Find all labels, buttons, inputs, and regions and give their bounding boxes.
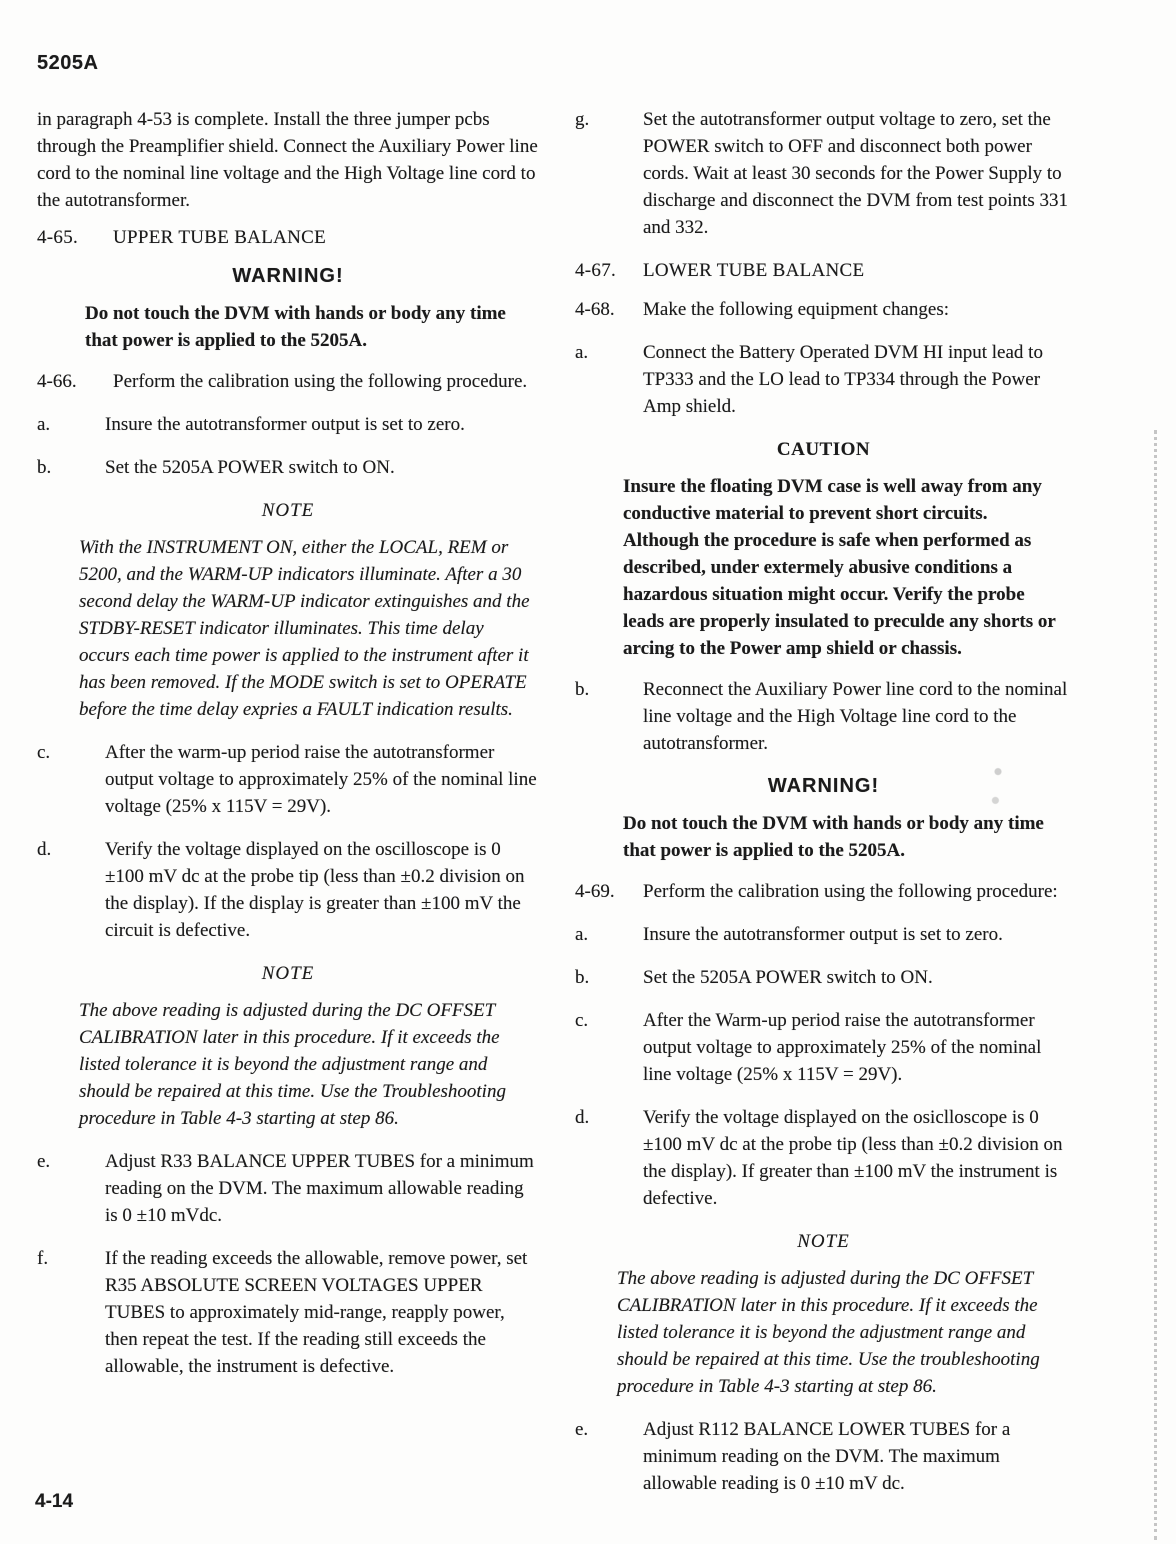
item-text: Set the 5205A POWER switch to ON.	[105, 454, 539, 481]
note-body: The above reading is adjusted during the…	[617, 1265, 1068, 1400]
item-text: If the reading exceeds the allowable, re…	[105, 1245, 539, 1380]
list-item-d: d. Verify the voltage displayed on the o…	[575, 1104, 1072, 1212]
section-number: 4-67.	[575, 257, 643, 284]
page-footer: 4-14	[35, 1488, 73, 1515]
item-letter: b.	[575, 964, 643, 991]
list-item-b: b. Set the 5205A POWER switch to ON.	[37, 454, 539, 481]
section-title: UPPER TUBE BALANCE	[113, 227, 326, 248]
paragraph-text: Make the following equipment changes:	[643, 299, 949, 320]
scan-smudge	[985, 762, 1011, 810]
note-title: NOTE	[575, 1228, 1072, 1255]
list-item-d: d. Verify the voltage displayed on the o…	[37, 836, 539, 944]
warning-title: WARNING!	[37, 263, 539, 290]
caution-title: CAUTION	[575, 436, 1072, 463]
paragraph-4-68: 4-68.Make the following equipment change…	[575, 296, 1072, 323]
item-text: Verify the voltage displayed on the osci…	[105, 836, 539, 944]
note-title: NOTE	[37, 960, 539, 987]
item-text: Adjust R112 BALANCE LOWER TUBES for a mi…	[643, 1416, 1072, 1497]
note-body: The above reading is adjusted during the…	[79, 997, 535, 1132]
item-letter: e.	[575, 1416, 643, 1497]
warning-body: Do not touch the DVM with hands or body …	[623, 810, 1066, 864]
paragraph-4-69: 4-69.Perform the calibration using the f…	[575, 878, 1072, 905]
item-letter: d.	[575, 1104, 643, 1212]
item-letter: a.	[575, 921, 643, 948]
item-letter: c.	[37, 739, 105, 820]
item-letter: c.	[575, 1007, 643, 1088]
item-text: Connect the Battery Operated DVM HI inpu…	[643, 339, 1072, 420]
item-letter: a.	[37, 411, 105, 438]
item-letter: d.	[37, 836, 105, 944]
section-heading-4-67: 4-67.LOWER TUBE BALANCE	[575, 257, 1072, 284]
paragraph-number: 4-68.	[575, 296, 643, 323]
item-letter: f.	[37, 1245, 105, 1380]
list-item-c: c. After the Warm-up period raise the au…	[575, 1007, 1072, 1088]
item-text: Insure the autotransformer output is set…	[105, 411, 539, 438]
paragraph-number: 4-66.	[37, 368, 113, 395]
item-letter: g.	[575, 106, 643, 241]
item-text: Insure the autotransformer output is set…	[643, 921, 1072, 948]
item-text: Verify the voltage displayed on the osic…	[643, 1104, 1072, 1212]
list-item-a: a. Insure the autotransformer output is …	[575, 921, 1072, 948]
section-number: 4-65.	[37, 224, 113, 251]
left-column: in paragraph 4-53 is complete. Install t…	[37, 106, 539, 1513]
paragraph-number: 4-69.	[575, 878, 643, 905]
list-item-f: f. If the reading exceeds the allowable,…	[37, 1245, 539, 1380]
item-text: Set the 5205A POWER switch to ON.	[643, 964, 1072, 991]
paragraph-4-66: 4-66.Perform the calibration using the f…	[37, 368, 539, 395]
item-letter: b.	[575, 676, 643, 757]
item-letter: a.	[575, 339, 643, 420]
item-letter: e.	[37, 1148, 105, 1229]
list-item-e: e. Adjust R33 BALANCE UPPER TUBES for a …	[37, 1148, 539, 1229]
item-text: Adjust R33 BALANCE UPPER TUBES for a min…	[105, 1148, 539, 1229]
paragraph-text: Perform the calibration using the follow…	[643, 881, 1058, 902]
list-item-g: g. Set the autotransformer output voltag…	[575, 106, 1072, 241]
item-text: After the Warm-up period raise the autot…	[643, 1007, 1072, 1088]
note-body: With the INSTRUMENT ON, either the LOCAL…	[79, 534, 535, 723]
two-column-body: in paragraph 4-53 is complete. Install t…	[37, 106, 1072, 1513]
manual-page: 5205A in paragraph 4-53 is complete. Ins…	[0, 0, 1176, 1544]
item-text: Reconnect the Auxiliary Power line cord …	[643, 676, 1072, 757]
list-item-b: b. Set the 5205A POWER switch to ON.	[575, 964, 1072, 991]
item-text: After the warm-up period raise the autot…	[105, 739, 539, 820]
section-heading-4-65: 4-65.UPPER TUBE BALANCE	[37, 224, 539, 251]
list-item-c: c. After the warm-up period raise the au…	[37, 739, 539, 820]
intro-paragraph: in paragraph 4-53 is complete. Install t…	[37, 106, 539, 214]
scan-artifact-line	[1154, 430, 1157, 1540]
list-item-a: a. Connect the Battery Operated DVM HI i…	[575, 339, 1072, 420]
page-header: 5205A	[37, 50, 98, 77]
note-title: NOTE	[37, 497, 539, 524]
list-item-b: b. Reconnect the Auxiliary Power line co…	[575, 676, 1072, 757]
item-letter: b.	[37, 454, 105, 481]
warning-body: Do not touch the DVM with hands or body …	[85, 300, 533, 354]
section-title: LOWER TUBE BALANCE	[643, 260, 864, 281]
list-item-e: e. Adjust R112 BALANCE LOWER TUBES for a…	[575, 1416, 1072, 1497]
list-item-a: a. Insure the autotransformer output is …	[37, 411, 539, 438]
caution-body: Insure the floating DVM case is well awa…	[623, 473, 1066, 662]
item-text: Set the autotransformer output voltage t…	[643, 106, 1072, 241]
paragraph-text: Perform the calibration using the follow…	[113, 371, 527, 392]
